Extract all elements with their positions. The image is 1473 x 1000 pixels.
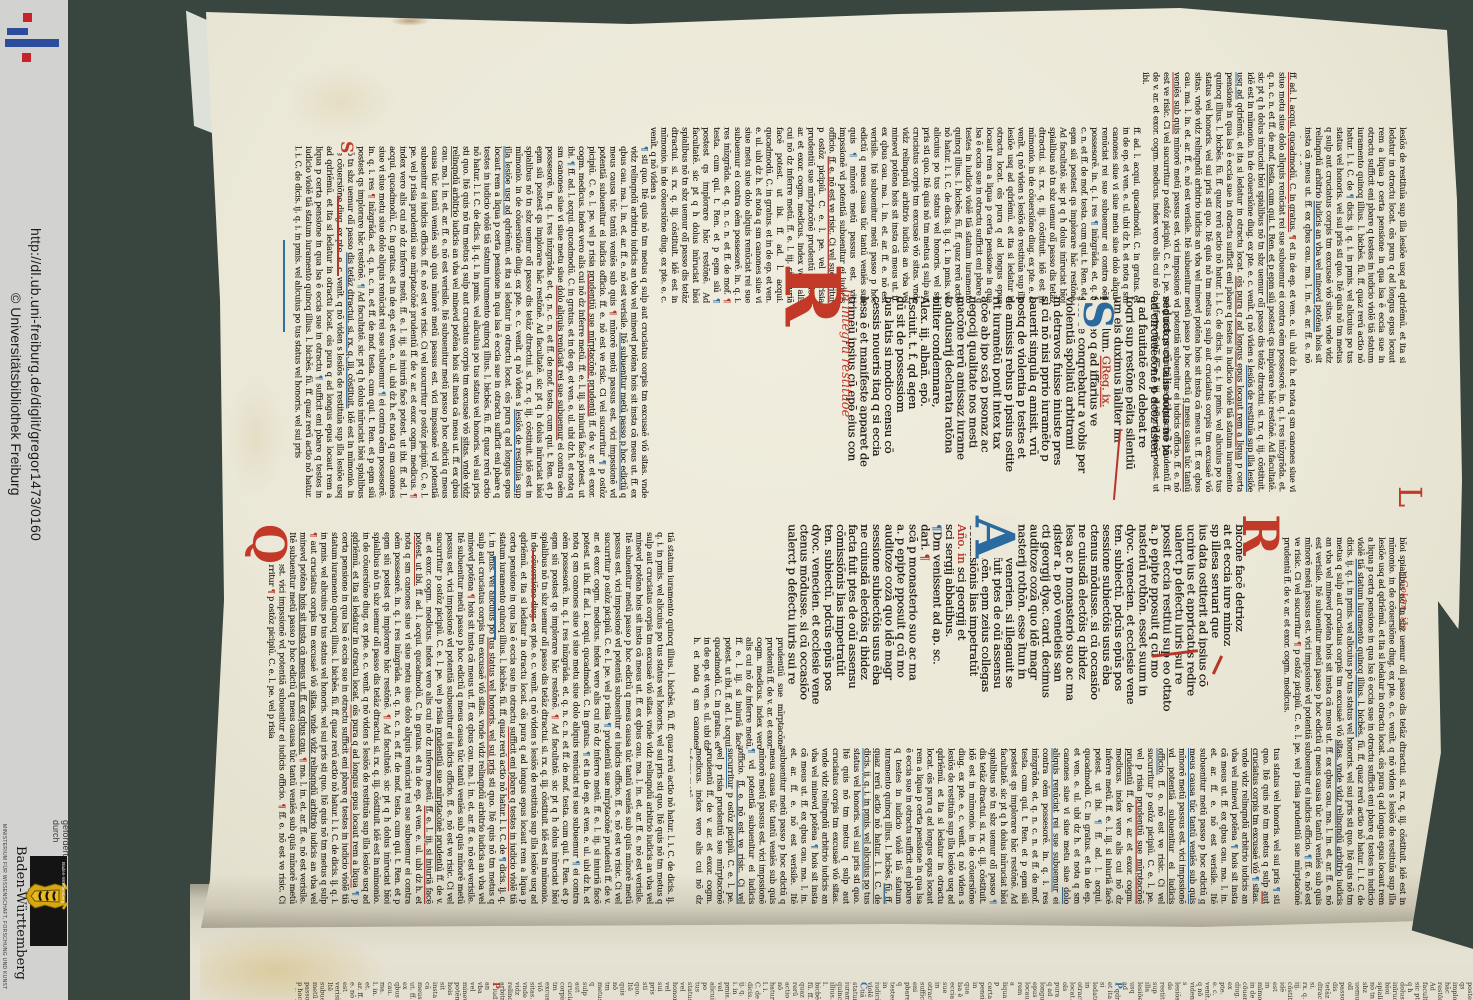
ub-freiburg-logo-bar-short bbox=[7, 28, 28, 35]
gloss-block-bottom-left: prudentiū sue mīrptacōnē prudentū ff. de… bbox=[690, 637, 786, 749]
rotated-text-layer: ff. ad. l. acqui. qucadmodū. C. in gratu… bbox=[0, 0, 1473, 1000]
baden-wuerttemberg-badge: Baden-Württemberg bbox=[30, 856, 67, 946]
ministry-caption: MINISTERIUM FÜR WISSENSCHAFT, FORSCHUNG … bbox=[1, 824, 7, 994]
red-chapter-rubric: s Colom. iēs bbox=[1398, 572, 1408, 664]
rubric-stroke bbox=[494, 556, 496, 640]
rubric-stroke bbox=[337, 196, 339, 276]
red-marginal-annotation: Jn integrū restituōe bbox=[838, 288, 852, 503]
decretal-text-column-1: seductos cū talis dolus nō tāad circūuēc… bbox=[845, 296, 1173, 522]
gloss-block-lower-left: tiā statum iuramento quincq illius. l. b… bbox=[245, 532, 676, 904]
gloss-block-left: ¶ sti quo. Itē quis nō tm metus q sulp a… bbox=[272, 146, 650, 498]
copyright-notice: © Universitätsbibliothek Freiburg bbox=[8, 293, 24, 553]
gloss-block-top: ff. ad. l. acqui. qucadmodū. C. in gratu… bbox=[640, 127, 1142, 303]
rubric-stroke bbox=[283, 240, 285, 332]
gloss-block-bottom: tus status vel honoris. vel sui pris ¶ s… bbox=[690, 748, 1282, 904]
gloss-block-far-right: lesiōs de restituīa sup illa lesiōe usq … bbox=[1300, 127, 1408, 363]
next-page-text-strip: postest qs implorare hāc restōnē. Ad fac… bbox=[295, 982, 1473, 1000]
source-url: http://dl.ub.uni-freiburg.de/diglit/greg… bbox=[28, 228, 44, 598]
metadata-sidebar: http://dl.ub.uni-freiburg.de/diglit/greg… bbox=[0, 0, 68, 1000]
state-wordmark: Baden-Württemberg bbox=[13, 846, 28, 996]
folio-number-mark: L bbox=[1396, 486, 1424, 507]
lombard-initial-s-small: S bbox=[337, 141, 353, 153]
badge-state-label: Baden-Württemberg bbox=[61, 862, 66, 942]
ub-freiburg-logo-square-top bbox=[23, 13, 32, 22]
lombard-initial-r-red: R bbox=[1239, 514, 1282, 556]
rubric-stroke bbox=[532, 550, 534, 622]
lombard-initial-a-blue: A bbox=[971, 516, 1017, 558]
ub-freiburg-logo-square-bottom bbox=[22, 53, 31, 62]
lombard-initial-q-red: Q bbox=[249, 524, 289, 564]
scan-viewer-page: { "theme":{ "background":"#39453f","side… bbox=[0, 0, 1473, 1000]
lombard-initial-r-large: R bbox=[779, 263, 843, 326]
ub-freiburg-logo-bar-long bbox=[5, 39, 59, 47]
gloss-block-lower-right: bīoi spialibus nō tn sbz uemur olī passo… bbox=[1282, 537, 1408, 905]
lombard-initial-s-blue: S bbox=[1079, 300, 1114, 329]
